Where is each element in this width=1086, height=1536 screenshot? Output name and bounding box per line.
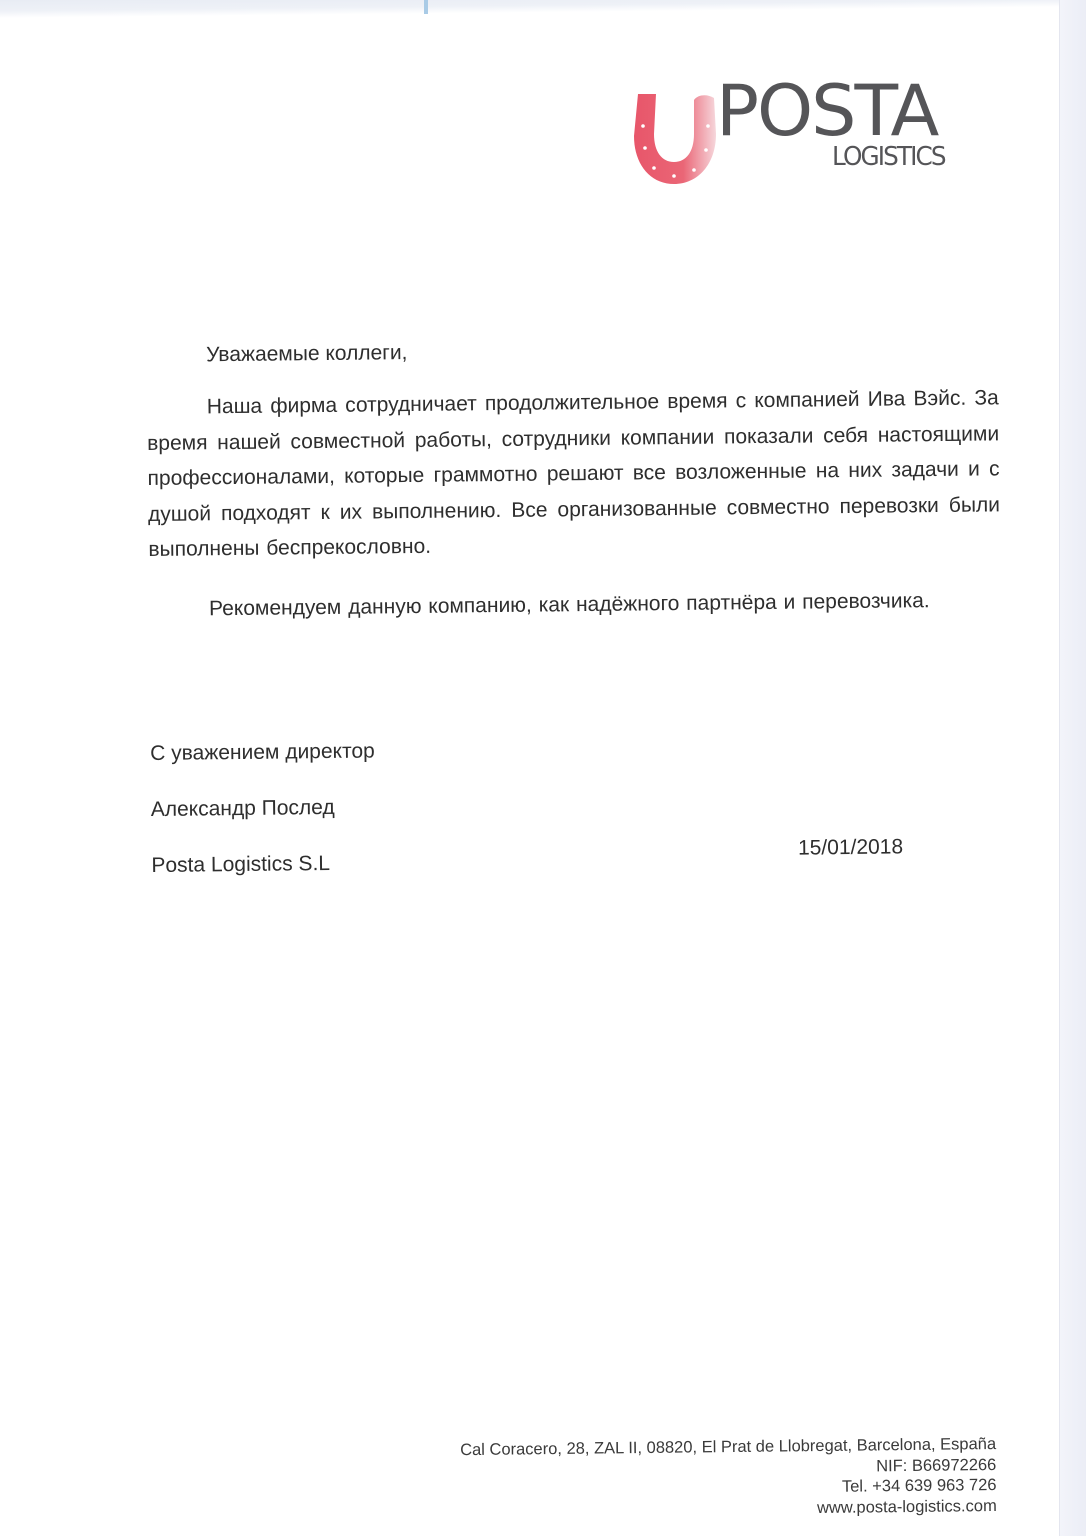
letter-closing: С уважением директор Александр Послед Po… [150, 737, 377, 908]
letter-page: POSTA LOGISTICS Уважаемые коллеги, Наша … [0, 0, 1060, 1536]
letter-body: Уважаемые коллеги, Наша фирма сотруднича… [146, 328, 1001, 632]
letter-paragraph-1: Наша фирма сотрудничает продолжительное … [147, 380, 1001, 567]
letter-paragraph-2: Рекомендуем данную компанию, как надёжно… [149, 576, 1001, 633]
horseshoe-icon [632, 90, 718, 186]
signatory-name: Александр Послед [151, 793, 376, 852]
scan-edge-right [1059, 0, 1086, 1536]
company-footer: Cal Coracero, 28, ZAL II, 08820, El Prat… [460, 1434, 997, 1522]
signatory-company: Posta Logistics S.L [151, 849, 376, 908]
closing-salutation: С уважением директор [150, 737, 375, 796]
letter-greeting: Уважаемые коллеги, [206, 328, 998, 373]
logo-subtitle-text: LOGISTICS [832, 144, 945, 170]
letter-date: 15/01/2018 [798, 835, 903, 860]
logo-brand-text: POSTA [716, 76, 937, 146]
company-logo: POSTA LOGISTICS [630, 82, 970, 192]
